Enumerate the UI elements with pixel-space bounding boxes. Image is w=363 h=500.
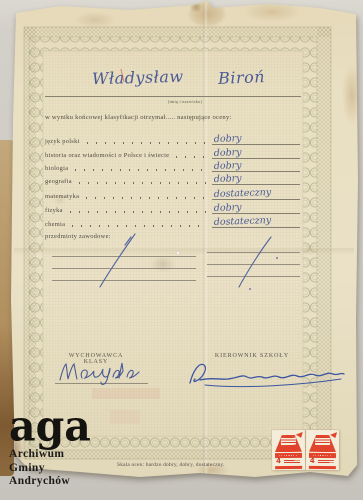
grade-handwritten: dobry [214,202,242,214]
school-director-label: KIEROWNIK SZKOŁY [212,353,292,359]
dot-leader [72,225,207,226]
grade-row-biologia: biologia dobry [45,161,300,172]
faint-stamp-remnant [92,388,160,399]
subject-label: fizyka [45,208,63,214]
stamp-value-row: 4 [275,458,302,465]
subject-label: historia oraz wiadomości o Polsce i świe… [45,153,169,159]
dot-leader [70,211,207,212]
grade-line: dobry [212,147,300,159]
subject-label: geografia [45,179,72,185]
dot-leader [79,182,207,183]
grade-handwritten: dobry [214,173,242,185]
blank-line [207,252,300,253]
blank-line [52,280,196,281]
stamp-band [275,466,302,469]
vocational-subjects-label: przedmioty zawodowe: [45,233,111,240]
stamp-microtext [318,459,334,464]
grade-line: dobry [212,160,300,172]
blank-line [207,264,300,265]
blank-line [52,268,196,269]
name-caption: (imię i nazwisko) [147,99,223,104]
grading-scale-note: Skala ocen: bardzo dobry, dobry, dostate… [117,462,225,468]
classification-intro-line: w wyniku końcowej klasyfikacji otrzymał.… [45,114,232,121]
dot-leader [87,142,207,143]
archive-watermark: aga Archiwum Gminy Andrychów [9,406,91,489]
subject-label: biologia [45,166,68,172]
blank-line [52,256,196,257]
grade-line: dostateczny [212,216,300,228]
aga-logo: aga [9,406,91,448]
grade-line: dobry [212,202,300,214]
grade-line: dobry [212,173,300,185]
grade-line: dobry [212,133,300,145]
name-rule-line [45,96,301,97]
student-first-name-handwritten: Władysław [92,67,184,88]
vertical-fold-crease [203,2,208,474]
stamp-band [309,466,336,469]
dot-leader [86,197,207,198]
paper-texture [43,51,303,437]
blank-line [207,276,300,277]
subject-label: język polski [45,139,80,145]
dot-leader [75,169,207,170]
grade-handwritten: dostateczny [214,215,272,228]
grade-row-chemia: chemia dostateczny [45,217,300,228]
stamp-text-panel [315,437,330,445]
faint-stamp-remnant [247,481,309,492]
grade-handwritten: dobry [214,160,242,172]
revenue-stamp: 4 [272,430,305,470]
stamp-flag-graphic [330,432,337,438]
grade-row-historia: historia oraz wiadomości o Polsce i świe… [45,148,300,159]
grade-handwritten: dobry [214,133,242,145]
grade-row-matematyka: matematyka dostateczny [45,189,300,200]
stamp-flag-graphic [296,432,303,438]
stamp-value: 4 [276,458,281,465]
subject-label: matematyka [45,194,79,200]
archive-line-2: Gminy [9,462,91,476]
subject-label: chemia [45,222,65,228]
grade-line: dostateczny [212,188,300,200]
dot-leader [176,156,207,157]
stamp-value-row: 4 [309,458,336,465]
archive-line-3: Andrychów [9,475,91,489]
student-last-name-handwritten: Biroń [218,67,266,88]
class-teacher-label: WYCHOWAWCA KLASY [58,353,134,365]
stamp-microtext [284,459,300,464]
stamp-value: 4 [310,458,315,465]
stamp-text-panel [281,437,296,445]
grade-row-geografia: geografia dobry [45,174,300,185]
grade-handwritten: dobry [214,147,242,159]
grade-row-fizyka: fizyka dobry [45,203,300,214]
grade-row-jezyk-polski: język polski dobry [45,134,300,145]
faint-stamp-remnant [110,410,140,424]
horizontal-fold-crease [14,248,354,255]
revenue-stamp: 4 [306,430,339,470]
signature-underline [55,383,148,384]
scanned-certificate: Władysław Biroń (imię i nazwisko) w wyni… [0,0,363,500]
grade-handwritten: dostateczny [214,187,272,200]
